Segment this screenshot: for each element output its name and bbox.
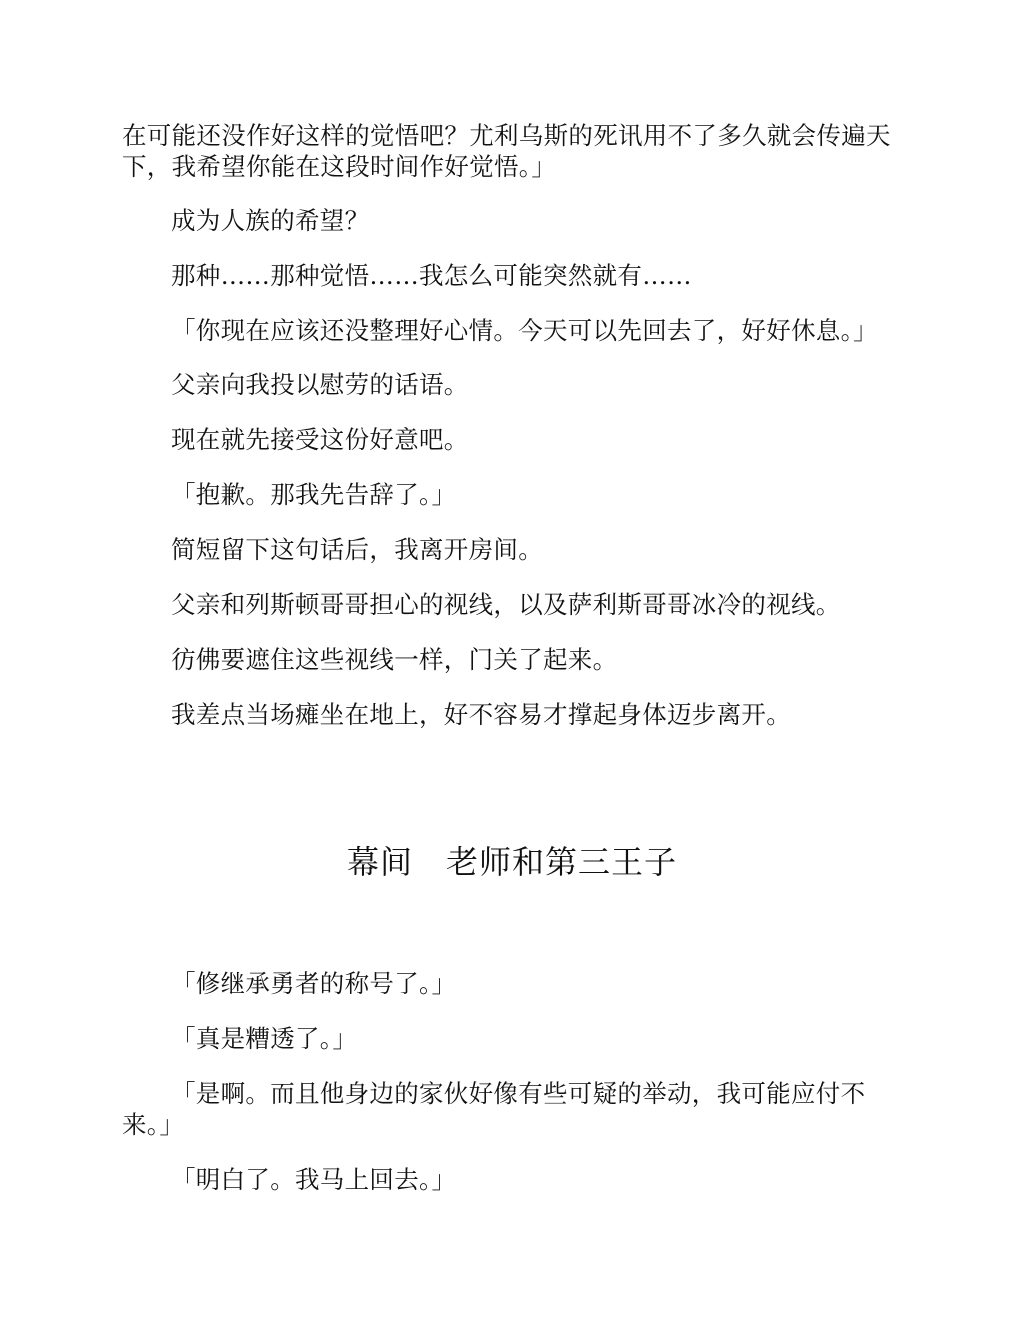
paragraph: 成为人族的希望？ — [122, 205, 902, 236]
paragraph: 父亲向我投以慰劳的话语。 — [122, 369, 902, 400]
paragraph: 「真是糟透了。」 — [122, 1023, 902, 1054]
paragraph: 「明白了。我马上回去。」 — [122, 1164, 902, 1195]
paragraph: 「你现在应该还没整理好心情。今天可以先回去了，好好休息。」 — [122, 315, 902, 346]
paragraph: 现在就先接受这份好意吧。 — [122, 424, 902, 455]
paragraph: 简短留下这句话后，我离开房间。 — [122, 534, 902, 565]
paragraph: 父亲和列斯顿哥哥担心的视线，以及萨利斯哥哥冰冷的视线。 — [122, 589, 902, 620]
paragraph: 彷佛要遮住这些视线一样，门关了起来。 — [122, 644, 902, 675]
paragraph: 「抱歉。那我先告辞了。」 — [122, 479, 902, 510]
paragraph: 那种……那种觉悟……我怎么可能突然就有…… — [122, 260, 902, 291]
paragraph: 「是啊。而且他身边的家伙好像有些可疑的举动，我可能应付不来。」 — [122, 1078, 902, 1140]
chapter-title: 幕间 老师和第三王子 — [122, 842, 902, 882]
paragraph: 「修继承勇者的称号了。」 — [122, 968, 902, 999]
paragraph: 我差点当场瘫坐在地上，好不容易才撑起身体迈步离开。 — [122, 699, 902, 730]
paragraph: 在可能还没作好这样的觉悟吧？尤利乌斯的死讯用不了多久就会传遍天下，我希望你能在这… — [122, 120, 902, 182]
